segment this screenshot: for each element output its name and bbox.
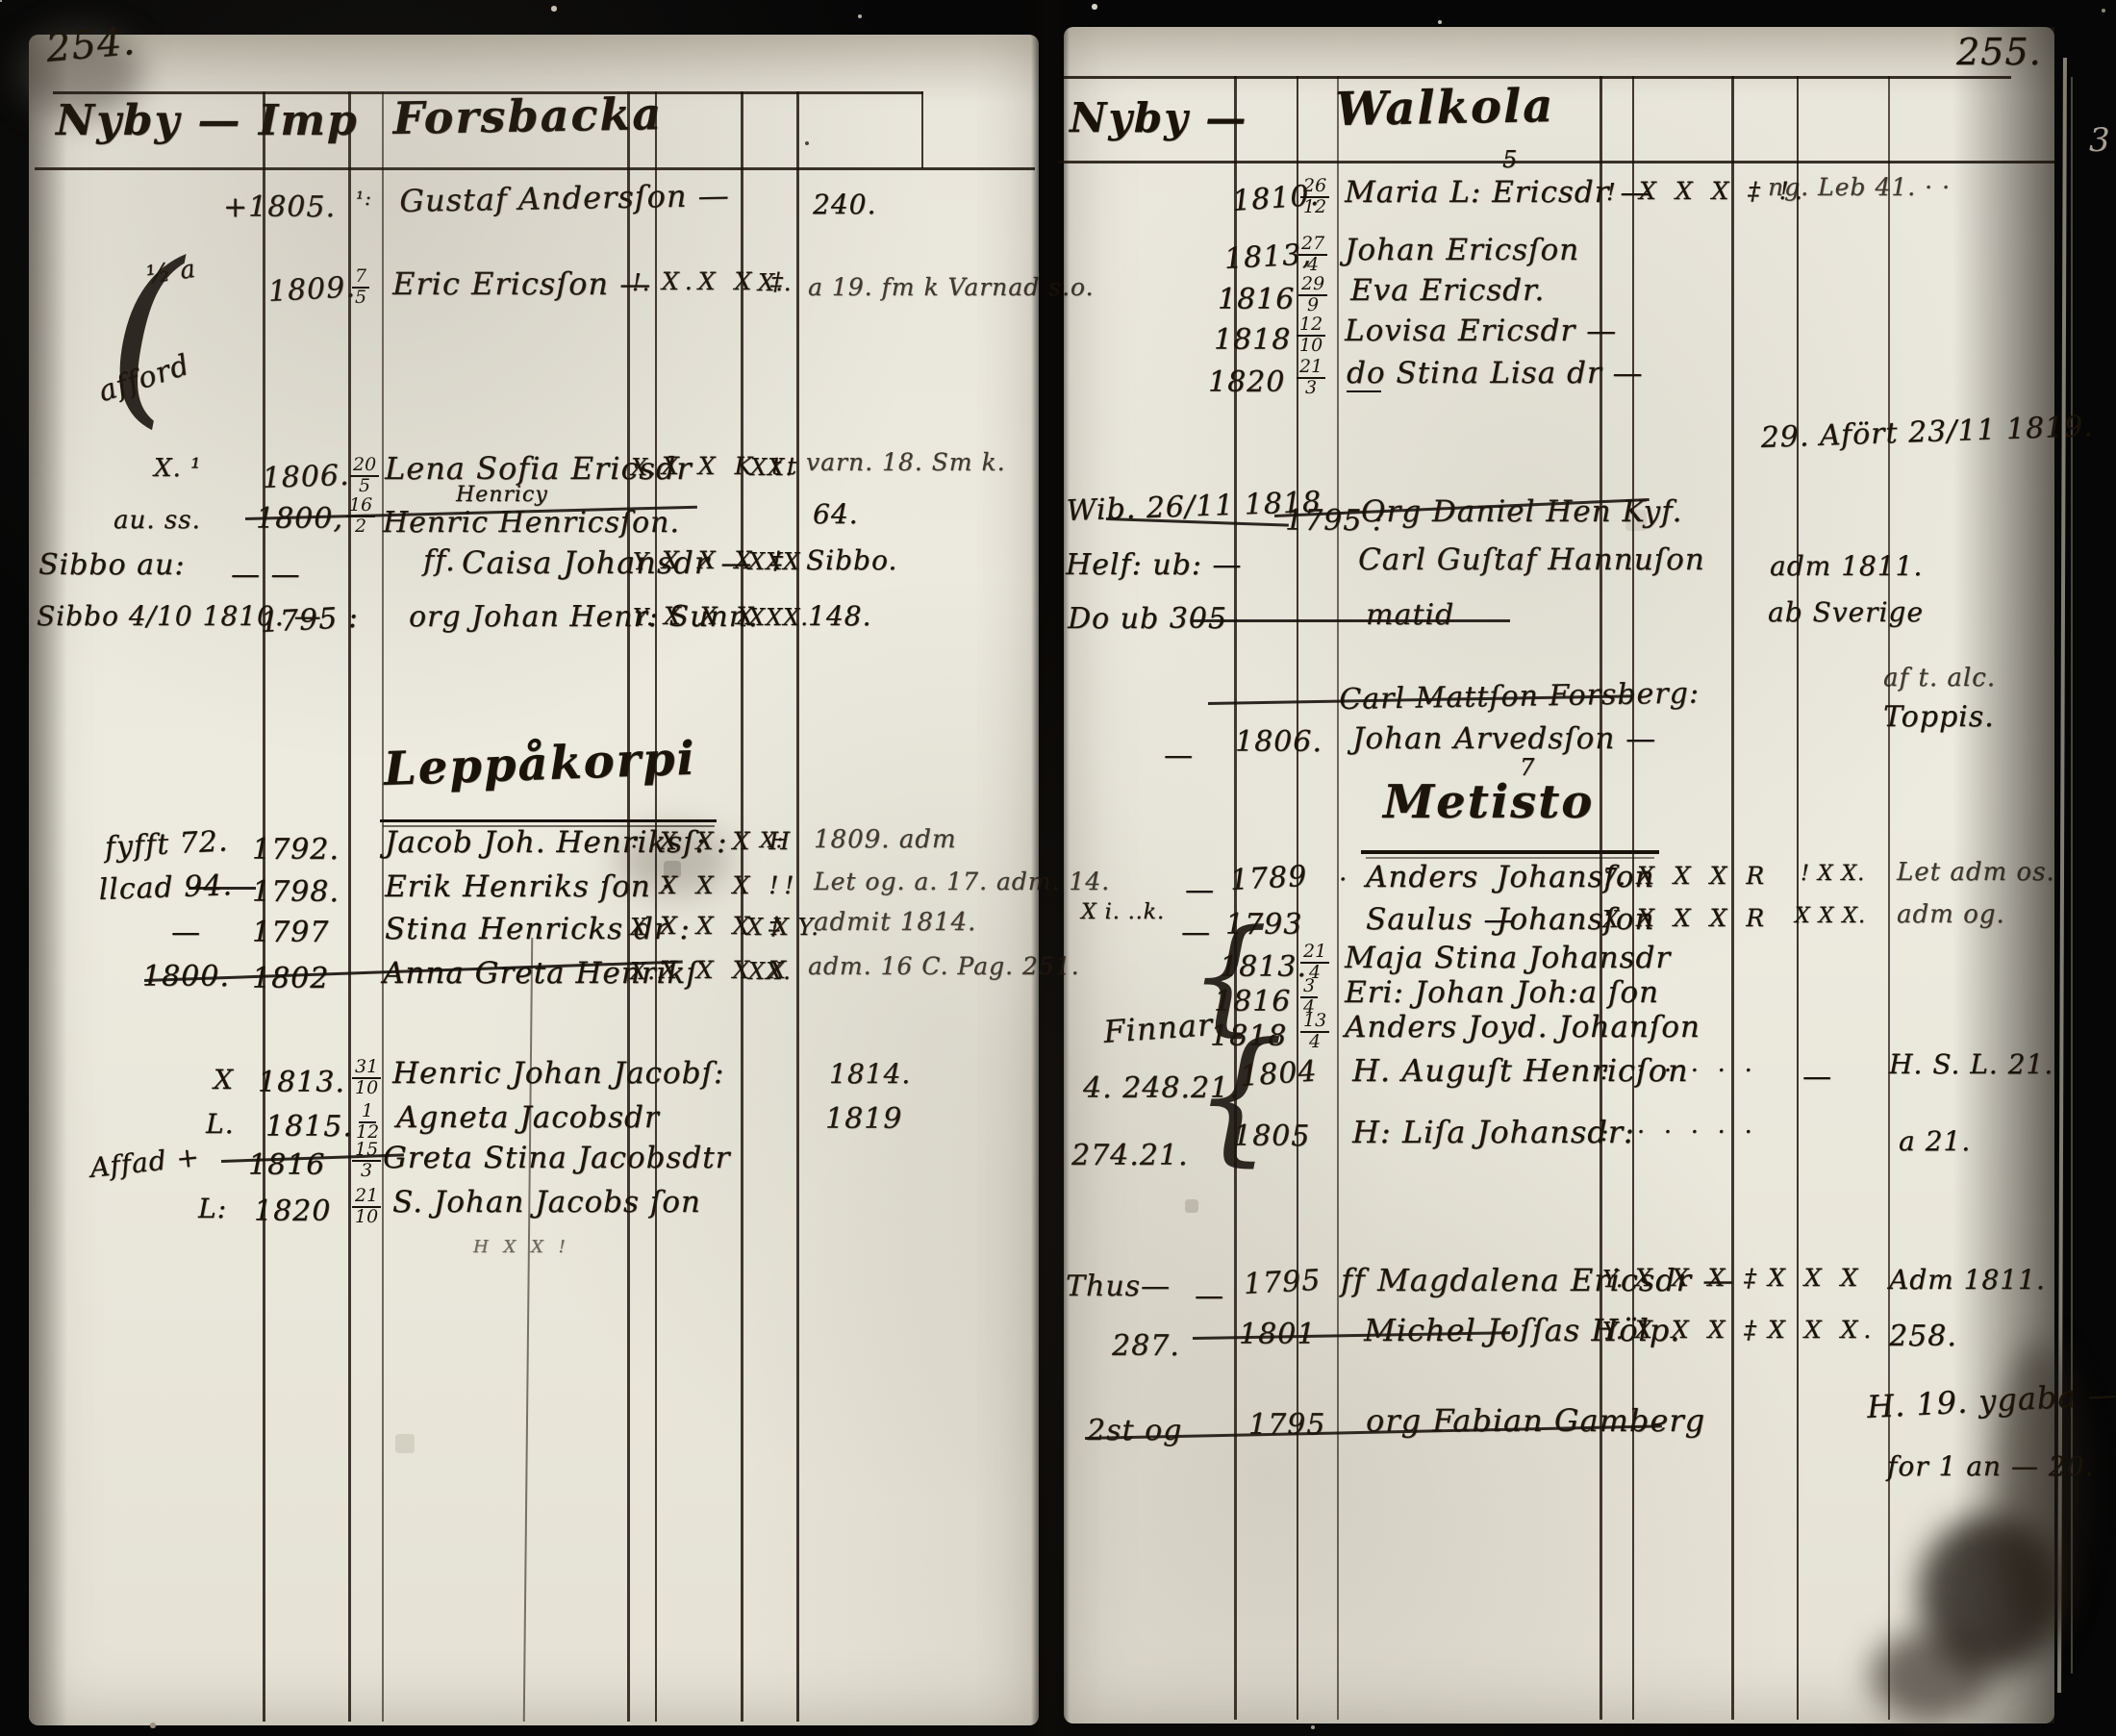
entry-michel-marks2: X X X.	[1768, 1316, 1877, 1344]
entry-1805r-marks: · · · · ·	[1637, 1118, 1758, 1145]
entry-1804-note: H. S. L. 21.	[1889, 1048, 2053, 1080]
section-heading-metisto: Metisto	[1383, 775, 1594, 829]
entry-doub-name: matid	[1366, 598, 1454, 632]
entry-r1806-note: Toppis.	[1883, 700, 1995, 734]
strike-mark	[1193, 619, 1510, 622]
entry-1820-date: 2110	[352, 1187, 381, 1227]
entry-1815-note: 1819	[825, 1102, 902, 1136]
entry-1806-year: 1806.	[262, 459, 350, 495]
heading-underline	[1366, 857, 1654, 859]
entry-helf-note: adm 1811.	[1770, 550, 1923, 582]
entry-1797-year: 1797	[252, 916, 329, 949]
entry-fabian-name: org Fabian Gamberg	[1366, 1402, 1705, 1439]
entry-1820-year: 1820	[254, 1195, 331, 1228]
entry-1816-name: Greta Stina Jacobsdtr	[383, 1141, 730, 1175]
entry-1789-name-a: Anders	[1366, 860, 1478, 894]
strike-mark	[189, 887, 256, 890]
page-number-left: 254.	[44, 19, 138, 71]
entry-magd-marks2: X X X	[1768, 1264, 1863, 1292]
entry-michel-note: 258.	[1889, 1320, 1957, 1353]
column-rule	[348, 91, 351, 1722]
entry-1789-flag: 7.	[1602, 864, 1626, 891]
entry-1792-flag: :	[631, 829, 639, 853]
entry-1809-name: Eric Ericsſon —	[392, 265, 651, 302]
entry-1805r-margin: 274.21.	[1071, 1139, 1189, 1172]
entry-1809-date: 75	[352, 267, 369, 308]
entry-r1810-flag: !	[1606, 179, 1617, 206]
entry-magd-flag: Y.	[1602, 1266, 1624, 1293]
entry-1793-marks2: X X X.	[1795, 904, 1866, 928]
entry-sunn-year: 1795 :	[260, 601, 360, 640]
entry-caisa-note: Sibbo.	[806, 544, 897, 576]
entry-r1813b-name: Maja Stina Johansdr	[1345, 941, 1671, 975]
entry-1820-name: S. Johan Jacobs ſon	[392, 1185, 701, 1220]
entry-1804-marks: · · · · ·	[1637, 1056, 1758, 1084]
entry-r1818b-date: 134	[1300, 1012, 1329, 1052]
entry-1797-marks2: X X Y.	[746, 914, 819, 941]
entry-michel-name: Michel Joſſas Hölp.	[1364, 1312, 1680, 1348]
entry-1802-year: 1802	[252, 962, 329, 995]
entry-magd-pre: ff	[1341, 1262, 1366, 1298]
entry-1798-note: Let og. a. 17. adm. 14.	[814, 868, 1110, 895]
entry-fabian-margin: 2st og	[1087, 1414, 1182, 1447]
entry-1797-note: admit 1814.	[814, 908, 976, 937]
entry-1813-note: 1814.	[829, 1058, 911, 1090]
entry-1789-note: Let adm os.	[1897, 858, 2055, 887]
entry-1820-margin: L:	[198, 1193, 227, 1224]
header-rule	[1058, 161, 2054, 164]
entry-r1818-name: Lovisa Ericsdr —	[1345, 314, 1617, 348]
entry-fabian-note2: for 1 an — 20.	[1887, 1450, 2094, 1482]
entry-1809-year: 1809.	[267, 270, 357, 309]
metisto-mark: 7	[1520, 754, 1535, 781]
entry-1815-date: 112	[356, 1102, 379, 1143]
entry-1805r-flag: :	[1600, 1120, 1609, 1146]
entry-1798-name: Erik Henriks ſon ·	[385, 869, 671, 904]
entry-magd-marks: X X X ‡	[1635, 1264, 1762, 1292]
entry-michel-marks: X X X ‡	[1635, 1316, 1762, 1344]
entry-sunn-marks2: XXX.	[748, 604, 809, 631]
entry-1815-margin: L.	[206, 1108, 235, 1140]
entry-r1820-year: 1820	[1208, 365, 1285, 399]
entry-1789-year: 1789	[1229, 860, 1308, 897]
entry-michel-flag: Y.	[1602, 1318, 1624, 1345]
entry-magd-year: 1795	[1243, 1264, 1322, 1301]
entry-r1810-note: ng. Leb 41. · ·	[1768, 173, 1951, 201]
entry-1792-marks2: X:	[760, 829, 784, 853]
entry-1793-name-a: Saulus —	[1366, 902, 1514, 937]
entry-1798-marks: X X X !!	[660, 871, 799, 899]
entry-1800-note: 64.	[813, 498, 859, 530]
entry-1813-year: 1813.	[258, 1066, 345, 1099]
entry-r1810-name: Maria L: Ericsdr —	[1345, 175, 1650, 210]
column-rule	[627, 91, 630, 1722]
entry-1802-note: adm. 16 C. Pag. 251.	[808, 952, 1080, 980]
edge-mark: 3	[2089, 121, 2111, 160]
heading-underline	[380, 819, 717, 822]
entry-1805-name: Gustaf Andersſon —	[399, 177, 730, 219]
entry-r1806-year: 1806.	[1235, 725, 1322, 759]
entry-1809-flag: !.	[632, 269, 650, 296]
column-rule	[655, 91, 657, 1722]
entry-1805r-year: 1805	[1233, 1120, 1310, 1153]
entry-1793-name-b: Johansſon	[1497, 902, 1655, 937]
entry-1804-margin: 4. 248.21.	[1083, 1071, 1240, 1105]
entry-caisa-flag: Y	[633, 548, 649, 575]
entry-magd-margin: Thus—	[1066, 1270, 1171, 1303]
entry-1809-note: a 19. fm k Varnad s.o.	[808, 273, 1094, 301]
column-rule	[796, 91, 799, 1722]
entry-1805r-name: H: Liſa Johansdr:	[1352, 1114, 1635, 1150]
entry-caisa-pre: ff.	[423, 544, 456, 578]
scan-speckles	[0, 0, 2, 2]
page-number-right: 255.	[1956, 31, 2042, 73]
left-place-title: Nyby — Imp	[56, 96, 359, 145]
heading-underline	[1361, 850, 1659, 854]
entry-michel-margin: 287.	[1112, 1329, 1180, 1363]
register-scan: 254. Nyby — Imp Forsbacka +1805. ¹: Gust…	[0, 0, 2116, 1736]
entry-1805-year: +1805.	[223, 190, 336, 224]
entry-1806-date: 205	[350, 456, 379, 496]
entry-magd-note: Adm 1811.	[1889, 1264, 2046, 1296]
entry-caisa-dash: — —	[231, 558, 301, 591]
entry-1802-marks2: XX.	[748, 958, 792, 985]
entry-1809-marks2: X..	[758, 269, 792, 296]
column-rule	[382, 91, 384, 1722]
entry-1792-note: 1809. adm	[814, 825, 957, 854]
entry-sunn-marks: X X X	[664, 602, 759, 630]
do-underline	[1347, 390, 1381, 392]
entry-r1818-date: 1210	[1297, 315, 1325, 356]
entry-1792-margin: fyfft 72.	[104, 824, 229, 865]
entry-1798-year: 1798.	[252, 875, 340, 909]
entry-1813-date: 3110	[352, 1058, 381, 1098]
entry-1800-margin: au. ss.	[113, 506, 201, 535]
entry-r1818b-name: Anders Joyd. Johanſon	[1345, 1010, 1700, 1044]
entry-r1818-year: 1818	[1214, 323, 1291, 357]
entry-1813-name: Henric Johan Jacobſ:	[392, 1056, 724, 1091]
column-rule	[1731, 76, 1734, 1720]
entry-1792-year: 1792.	[252, 833, 340, 867]
entry-r1813-name: Johan Ericsſon	[1345, 233, 1579, 267]
entry-1797-margin: —	[171, 916, 201, 949]
entry-r1820-date: 213	[1297, 358, 1325, 398]
entry-1806-note: varn. 18. Sm k.	[806, 448, 1006, 476]
entry-r1813-date: 274	[1298, 235, 1327, 275]
entry-1813-margin: X	[214, 1064, 234, 1095]
entry-caisa-marks2: XXX	[748, 548, 800, 575]
column-rule	[921, 91, 923, 168]
entry-forsberg-note: af t. alc.	[1883, 664, 1996, 692]
entry-r1810-above: 5	[1502, 146, 1518, 173]
margin-paren: (	[108, 258, 183, 412]
entry-1815-name: Agneta Jacobsdr	[396, 1100, 660, 1135]
section-heading-leppakorpi: Leppåkorpi	[383, 732, 697, 796]
entry-1820-marks-below: H X X !	[473, 1237, 570, 1257]
entry-1804-dash: —	[1802, 1060, 1832, 1094]
entry-1793-note: adm og.	[1897, 900, 2005, 929]
column-rule	[741, 91, 743, 1722]
entry-1797-flag: X	[630, 914, 647, 941]
entry-r1816b-name: Eri: Johan Joh:a ſon	[1345, 975, 1659, 1010]
entry-magd-dash: —	[1195, 1279, 1224, 1313]
entry-1789-marks2: ! X X.	[1801, 862, 1865, 886]
entry-sunn-note: 148.	[808, 600, 871, 632]
column-rule	[1337, 76, 1339, 1720]
entry-1805-note: 240.	[813, 189, 876, 220]
entry-fabian-year: 1795	[1248, 1408, 1325, 1442]
entry-r1813b-year: 1813.	[1220, 950, 1307, 984]
entry-1789-marks: X X X R	[1637, 862, 1770, 890]
entry-1806-marks2: XX.	[750, 454, 793, 481]
entry-r1810-date: 2612	[1300, 177, 1329, 217]
entry-1805-day: ¹:	[356, 187, 372, 210]
section-heading-walkola: Walkola	[1335, 79, 1555, 137]
entry-r1806-name: Johan Arvedsſon —	[1352, 721, 1656, 756]
entry-r1816-name: Eva Ericsdr.	[1350, 273, 1545, 308]
entry-r1820-name: do Stina Lisa dr —	[1347, 356, 1644, 390]
header-rule	[35, 167, 1035, 170]
entry-r1816-date: 299	[1298, 275, 1327, 315]
entry-1789-sep: ·	[1339, 866, 1348, 894]
entry-1816-date: 153	[352, 1141, 381, 1181]
entry-1804-flag: :	[1600, 1058, 1609, 1085]
entry-1793-margin: X i. ..k.	[1081, 900, 1165, 924]
entry-1793-flag: X	[1602, 906, 1620, 933]
column-rule	[1797, 76, 1799, 1720]
column-rule	[1632, 76, 1634, 1720]
section-heading-forsbacka: Forsbacka	[392, 88, 664, 144]
entry-1793-marks: X X X R	[1637, 904, 1770, 932]
entry-doub-note: ab Sverige	[1768, 596, 1924, 628]
right-place-title: Nyby —	[1070, 94, 1247, 141]
entry-1806-margin: X. ¹	[154, 454, 201, 483]
entry-r1806-dash: —	[1164, 739, 1194, 772]
entry-1805r-note: a 21.	[1899, 1125, 1971, 1157]
entry-helf-name: Carl Guſtaf Hannuſon	[1358, 542, 1705, 577]
entry-1789-name-b: Johansſon	[1497, 860, 1655, 894]
entry-helf-margin: Helf: ub: —	[1066, 548, 1242, 582]
entry-1800-name-above: Henricy	[456, 483, 548, 507]
entry-1815-year: 1815.	[265, 1110, 353, 1144]
entry-r1816-year: 1816	[1218, 283, 1295, 316]
entry-1804-year: 1804	[1239, 1054, 1319, 1094]
entry-sunn-flag: Y.	[633, 604, 654, 631]
entry-1816-year: 1816	[248, 1148, 325, 1182]
entry-1806-flag: X.	[631, 454, 657, 481]
entry-caisa-margin: Sibbo au:	[38, 548, 185, 582]
